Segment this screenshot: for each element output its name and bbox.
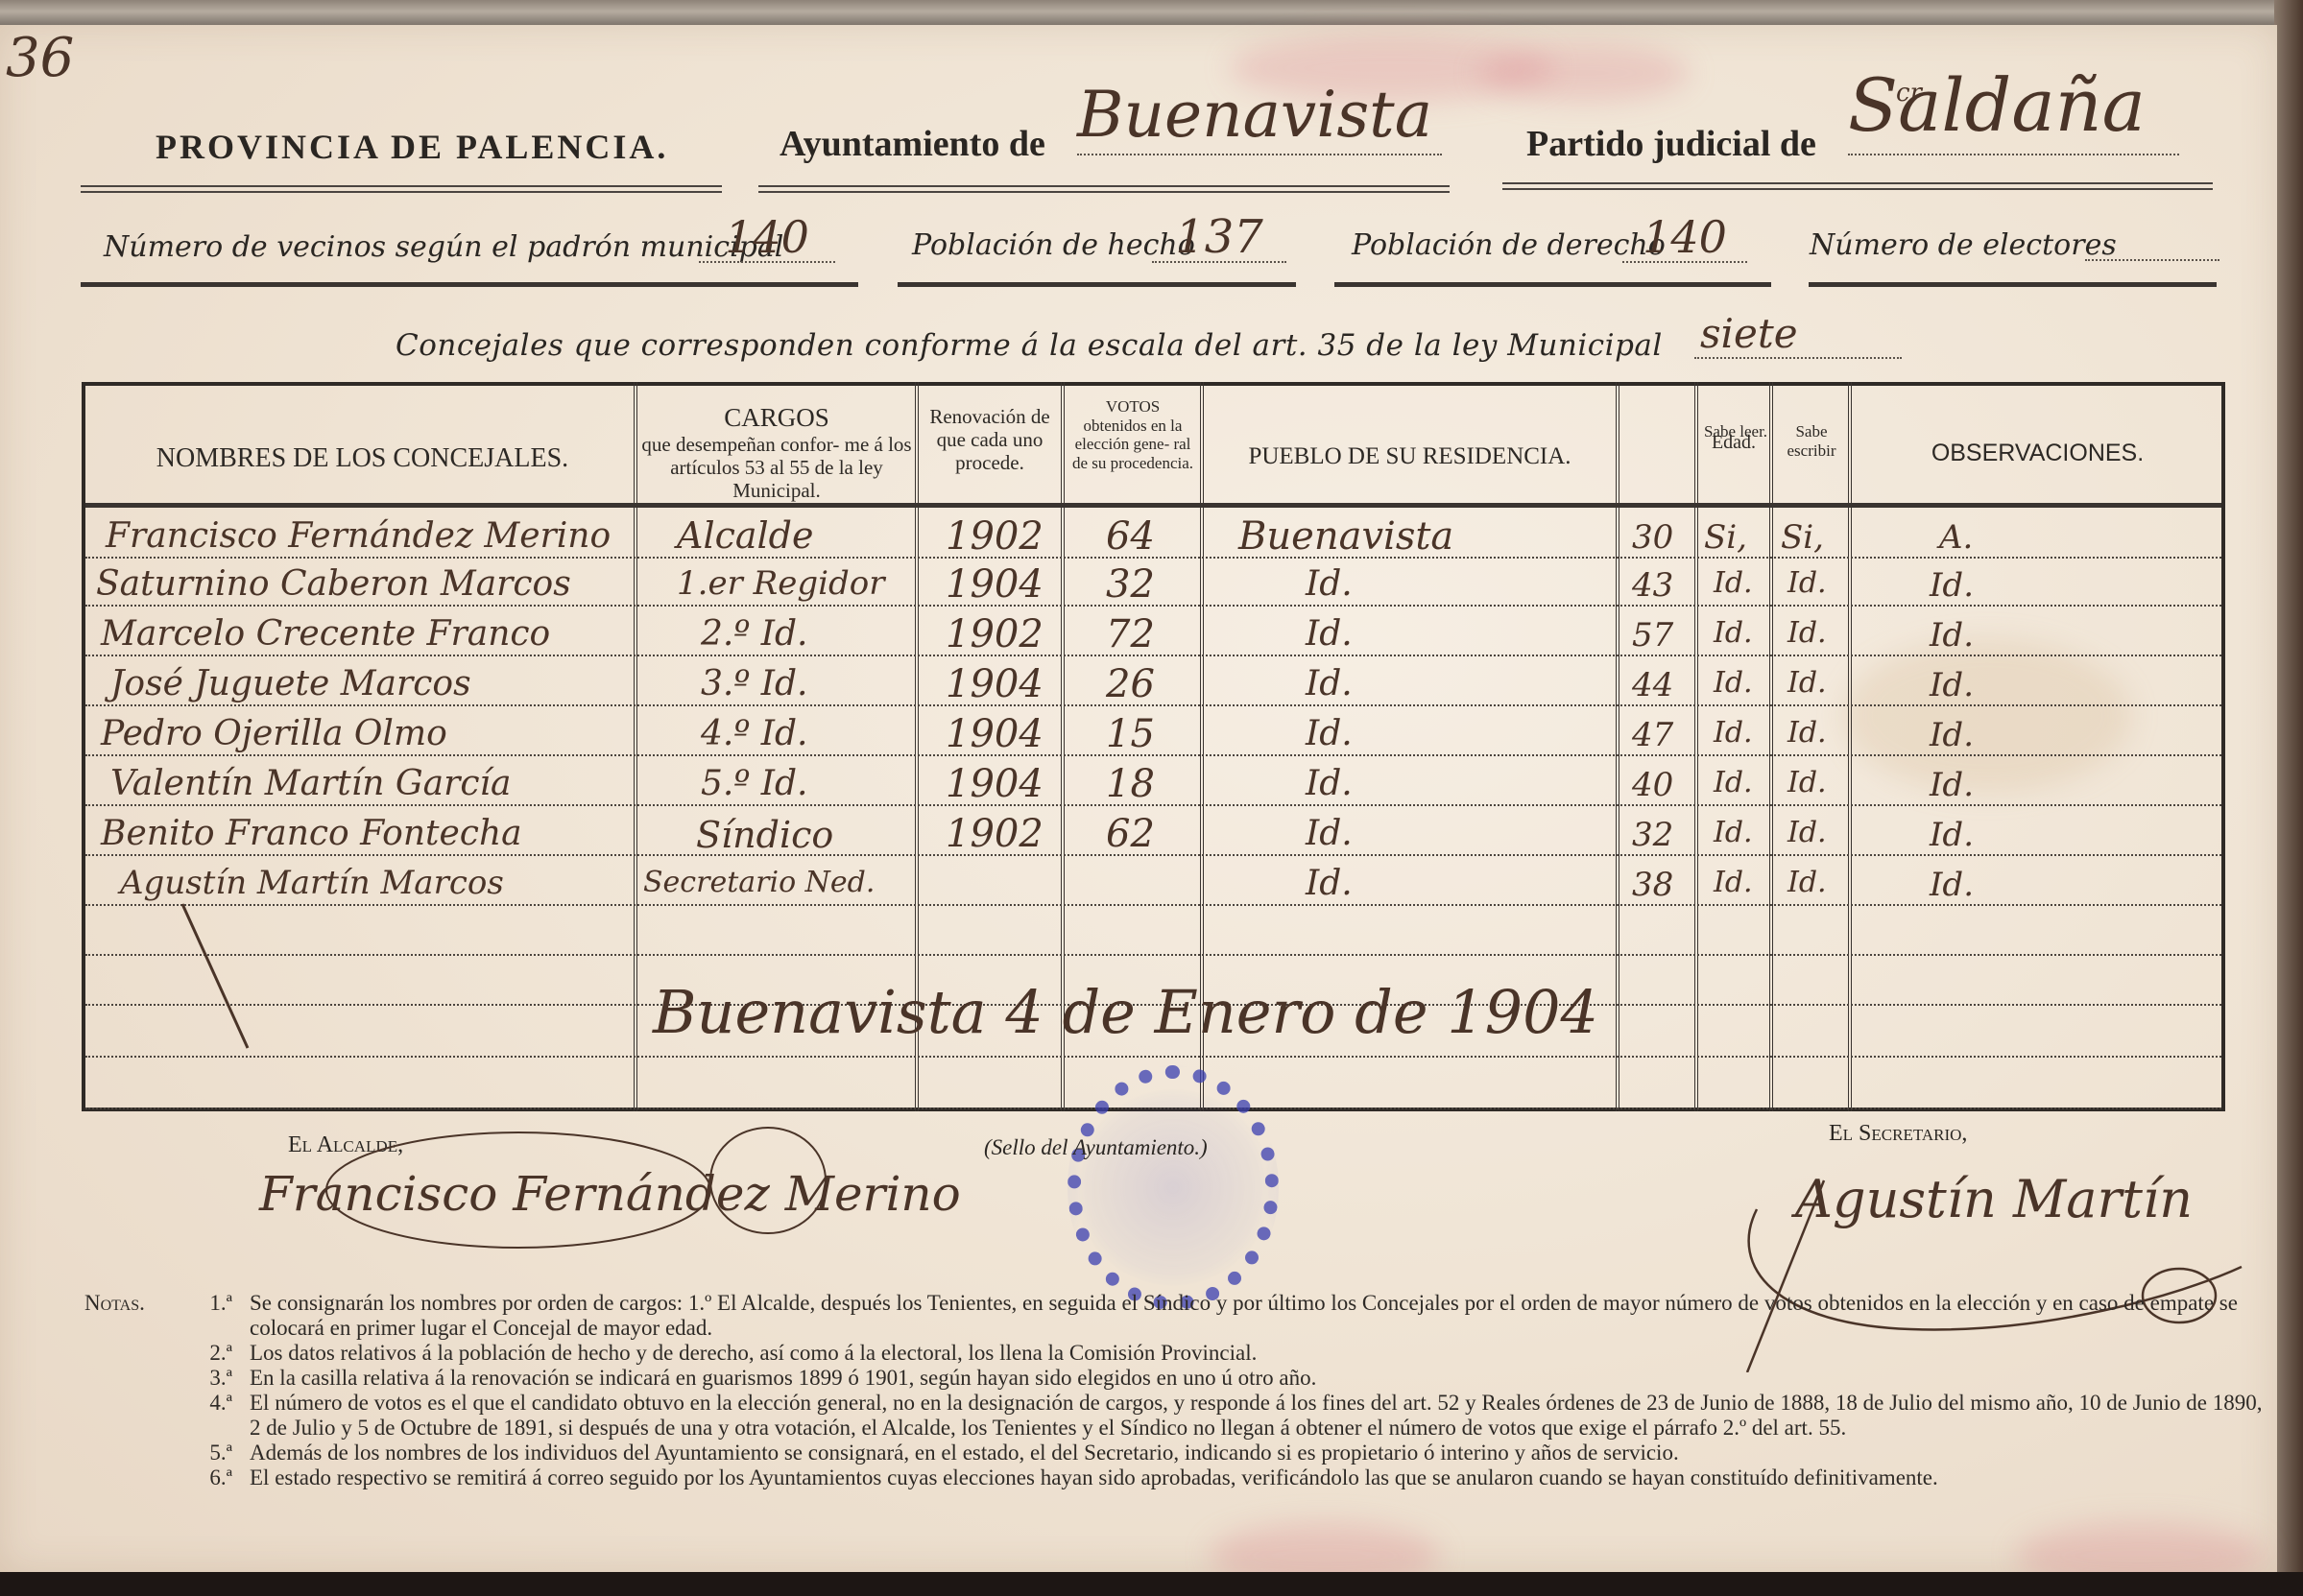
cell-edad: 30	[1632, 518, 1673, 557]
header-rule	[1502, 182, 2213, 190]
cell-pueblo: Id.	[1306, 564, 1353, 604]
population-rule	[898, 282, 1296, 287]
cell-cargo: Secretario Ned.	[643, 866, 875, 899]
cell-nombre: Pedro Ojerilla Olmo	[101, 714, 447, 753]
cell-pueblo: Id.	[1306, 664, 1353, 703]
note-text: En la casilla relativa á la renovación s…	[250, 1366, 2264, 1391]
note-item: 4.ª El número de votos es el que el cand…	[84, 1391, 2264, 1441]
cell-pueblo: Buenavista	[1238, 514, 1453, 559]
cell-observaciones: Id.	[1930, 766, 1974, 804]
cell-votos: 26	[1106, 662, 1155, 706]
cell-sabe-escribir: Id.	[1787, 666, 1827, 700]
cell-sabe-escribir: Si,	[1781, 518, 1824, 557]
cell-observaciones: Id.	[1930, 566, 1974, 605]
column-divider	[1848, 382, 1852, 1111]
cell-pueblo: Id.	[1306, 864, 1353, 903]
cell-pueblo: Id.	[1306, 764, 1353, 803]
note-text: El estado respectivo se remitirá á corre…	[250, 1465, 2264, 1490]
cell-cargo: 5.º Id.	[701, 764, 807, 803]
cell-sabe-leer: Id.	[1714, 866, 1753, 899]
cell-nombre: Valentín Martín García	[110, 764, 511, 803]
col-header-votos: VOTOS obtenidos en la elección gene- ral…	[1066, 397, 1200, 472]
note-item: 6.ª El estado respectivo se remitirá á c…	[84, 1465, 2264, 1490]
column-divider	[1694, 382, 1698, 1111]
cell-nombre: Marcelo Crecente Franco	[101, 614, 550, 654]
cell-votos: 32	[1106, 562, 1155, 607]
electores-label: Número de electores	[1810, 228, 2117, 262]
alcalde-flourish	[278, 1123, 854, 1305]
province-title: PROVINCIA DE PALENCIA.	[156, 127, 668, 167]
cell-votos: 72	[1106, 612, 1155, 656]
cell-nombre: José Juguete Marcos	[110, 664, 471, 703]
cell-cargo: 1.er Regidor	[677, 564, 884, 603]
cell-renovacion: 1904	[946, 562, 1044, 607]
header-rule	[81, 185, 722, 193]
strike-line	[173, 902, 259, 1056]
cell-nombre: Francisco Fernández Merino	[106, 516, 611, 556]
population-rule	[1334, 282, 1771, 287]
cell-sabe-leer: Id.	[1714, 816, 1753, 849]
cell-renovacion: 1902	[946, 812, 1044, 856]
note-number: 2.ª	[173, 1341, 250, 1366]
cell-sabe-leer: Id.	[1714, 616, 1753, 650]
cell-sabe-leer: Id.	[1714, 766, 1753, 799]
note-text: Los datos relativos á la población de he…	[250, 1341, 2264, 1366]
page-number: 36	[6, 27, 74, 89]
notes-label: Notas.	[84, 1291, 173, 1341]
cell-votos: 62	[1106, 812, 1155, 856]
secretario-label: El Secretario,	[1829, 1121, 1967, 1147]
note-number: 4.ª	[173, 1391, 250, 1441]
cell-votos: 15	[1106, 712, 1155, 756]
cell-nombre: Agustín Martín Marcos	[120, 864, 504, 902]
note-number: 6.ª	[173, 1465, 250, 1490]
col-header-pueblo: PUEBLO DE SU RESIDENCIA.	[1206, 443, 1614, 471]
col-header-renovacion: Renovación de que cada uno procede.	[920, 405, 1060, 474]
cell-renovacion: 1904	[946, 762, 1044, 806]
header-rule	[758, 185, 1450, 193]
column-divider	[1769, 382, 1773, 1111]
population-rule	[1809, 282, 2217, 287]
col-header-sabe-leer: Sabe leer.	[1701, 422, 1770, 441]
cell-sabe-leer: Id.	[1714, 716, 1753, 750]
partido-annotation: cr	[1896, 79, 1922, 107]
col-header-cargos-sub: que desempeñan confor- me á los artículo…	[637, 433, 916, 502]
notes-section: Notas. 1.ª Se consignarán los nombres po…	[84, 1291, 2264, 1490]
partido-label: Partido judicial de	[1526, 123, 1816, 165]
cell-sabe-escribir: Id.	[1787, 616, 1827, 650]
note-item: 5.ª Además de los nombres de los individ…	[84, 1441, 2264, 1465]
pink-stain	[1478, 44, 1690, 102]
cell-renovacion: 1902	[946, 612, 1044, 656]
concejales-label: Concejales que corresponden conforme á l…	[396, 328, 1663, 363]
concejales-value: siete	[1694, 311, 1902, 359]
cell-pueblo: Id.	[1306, 614, 1353, 654]
electores-value	[2085, 226, 2219, 261]
col-header-votos-title: VOTOS	[1066, 397, 1200, 417]
cell-pueblo: Id.	[1306, 814, 1353, 853]
note-number: 1.ª	[173, 1291, 250, 1341]
cell-cargo: 4.º Id.	[701, 714, 807, 753]
cell-edad: 57	[1632, 616, 1673, 655]
col-header-nombres: NOMBRES DE LOS CONCEJALES.	[96, 443, 629, 474]
cell-nombre: Saturnino Caberon Marcos	[96, 564, 571, 604]
table-header-rule	[85, 503, 2221, 508]
ayuntamiento-label: Ayuntamiento de	[780, 123, 1045, 165]
column-divider	[1616, 382, 1619, 1111]
note-text: Además de los nombres de los individuos …	[250, 1441, 2264, 1465]
cell-votos: 18	[1106, 762, 1155, 806]
col-header-cargos-title: CARGOS	[637, 403, 916, 433]
hecho-value: 137	[1152, 213, 1286, 263]
cell-sabe-leer: Id.	[1714, 566, 1753, 600]
derecho-value: 140	[1622, 213, 1747, 263]
note-text: El número de votos es el que el candidat…	[250, 1391, 2264, 1441]
book-binding-edge	[2274, 0, 2303, 1596]
cell-renovacion: 1904	[946, 712, 1044, 756]
cell-nombre: Benito Franco Fontecha	[101, 814, 522, 853]
cell-cargo: 2.º Id.	[701, 614, 807, 654]
note-text: Se consignarán los nombres por orden de …	[250, 1291, 2264, 1341]
col-header-cargos: CARGOS que desempeñan confor- me á los a…	[637, 403, 916, 502]
cell-edad: 44	[1632, 666, 1673, 704]
col-header-sabe-escribir: Sabe escribir	[1776, 422, 1847, 460]
vecinos-value: 140	[699, 213, 835, 263]
cell-observaciones: Id.	[1930, 866, 1974, 904]
note-item: Notas. 1.ª Se consignarán los nombres po…	[84, 1291, 2264, 1341]
cell-edad: 38	[1632, 866, 1673, 904]
note-number: 5.ª	[173, 1441, 250, 1465]
cell-observaciones: A.	[1939, 518, 1973, 557]
sello-label: (Sello del Ayuntamiento.)	[984, 1135, 1208, 1160]
closing-date: Buenavista 4 de Enero de 1904	[653, 977, 1598, 1047]
note-item: 2.ª Los datos relativos á la población d…	[84, 1341, 2264, 1366]
cell-cargo: Síndico	[696, 814, 833, 856]
col-header-observaciones: OBSERVACIONES.	[1853, 440, 2222, 467]
vecinos-label: Número de vecinos según el padrón munici…	[104, 230, 783, 264]
cell-cargo: 3.º Id.	[701, 664, 807, 703]
cell-sabe-escribir: Id.	[1787, 766, 1827, 799]
derecho-label: Población de derecho	[1352, 228, 1666, 262]
cell-sabe-leer: Id.	[1714, 666, 1753, 700]
cell-cargo: Alcalde	[677, 514, 814, 557]
dark-background-edge	[0, 1572, 2303, 1596]
cell-pueblo: Id.	[1306, 714, 1353, 753]
cell-votos: 64	[1106, 514, 1155, 559]
row-rule	[85, 954, 2221, 956]
row-rule	[85, 1056, 2221, 1058]
population-rule	[81, 282, 858, 287]
cell-sabe-leer: Si,	[1704, 518, 1747, 557]
row-rule	[85, 904, 2221, 906]
cell-renovacion: 1904	[946, 662, 1044, 706]
municipal-seal-stamp	[1068, 1065, 1279, 1310]
note-number: 3.ª	[173, 1366, 250, 1391]
cell-sabe-escribir: Id.	[1787, 816, 1827, 849]
ayuntamiento-value: Buenavista	[1077, 77, 1442, 155]
cell-observaciones: Id.	[1930, 666, 1974, 704]
cell-observaciones: Id.	[1930, 716, 1974, 754]
cell-renovacion: 1902	[946, 514, 1044, 559]
cell-sabe-escribir: Id.	[1787, 866, 1827, 899]
cell-sabe-escribir: Id.	[1787, 566, 1827, 600]
cell-edad: 40	[1632, 766, 1673, 804]
cell-edad: 43	[1632, 566, 1673, 605]
cell-observaciones: Id.	[1930, 816, 1974, 854]
note-item: 3.ª En la casilla relativa á la renovaci…	[84, 1366, 2264, 1391]
cell-edad: 32	[1632, 816, 1673, 854]
col-header-votos-sub: obtenidos en la elección gene- ral de su…	[1066, 417, 1200, 473]
cell-observaciones: Id.	[1930, 616, 1974, 655]
cell-edad: 47	[1632, 716, 1673, 754]
cell-sabe-escribir: Id.	[1787, 716, 1827, 750]
